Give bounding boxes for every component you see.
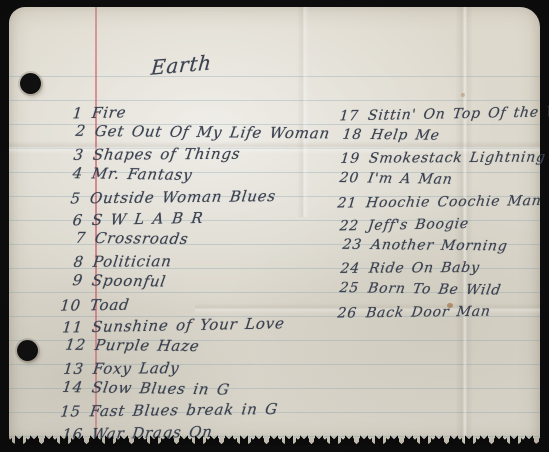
item-number: 4: [60, 164, 84, 182]
item-title: Crossroads: [94, 229, 190, 248]
item-number: 7: [63, 229, 87, 247]
punch-hole-bottom: [17, 340, 38, 361]
item-number: 12: [63, 336, 87, 354]
item-number: 2: [63, 122, 87, 140]
item-title: Hoochie Coochie Man: [365, 193, 543, 211]
page-title: Earth: [150, 50, 213, 80]
list-item: 21Hoochie Coochie Man: [335, 192, 549, 217]
list-item: 19Smokestack Lightning: [338, 149, 549, 173]
photo-background: Earth 1Fire2Get Out Of My Life Woman3Sha…: [0, 0, 549, 452]
item-title: Spoonful: [91, 272, 168, 291]
item-title: Shapes of Things: [92, 144, 242, 163]
item-title: Foxy Lady: [92, 359, 181, 378]
list-item: 7Crossroads: [64, 229, 330, 253]
item-title: Born To Be Wild: [367, 281, 503, 299]
list-item: 4Mr. Fantasy: [61, 164, 327, 190]
item-number: 14: [60, 378, 84, 396]
item-title: Outside Woman Blues: [89, 187, 277, 207]
item-title: Purple Haze: [94, 336, 201, 355]
item-number: 25: [336, 280, 360, 296]
item-title: Fast Blues break in G: [89, 400, 279, 420]
item-number: 5: [58, 189, 82, 207]
item-number: 20: [336, 170, 360, 186]
notebook-page: Earth 1Fire2Get Out Of My Life Woman3Sha…: [9, 7, 540, 444]
list-item: 26Back Door Man: [335, 302, 549, 327]
item-number: 15: [58, 403, 82, 421]
item-number: 13: [61, 359, 85, 377]
item-title: Smokestack Lightning: [368, 149, 547, 166]
setlist-right-column: 17Sittin' On Top Of the World18Help Me19…: [337, 106, 549, 326]
item-title: Mr. Fantasy: [91, 165, 194, 185]
item-number: 3: [61, 146, 85, 164]
list-item: 13Foxy Lady: [62, 358, 328, 381]
item-title: Another Morning: [370, 237, 509, 254]
item-number: 23: [339, 237, 363, 253]
list-item: 20I'm A Man: [337, 170, 549, 196]
item-title: Sittin' On Top Of the World: [367, 104, 549, 124]
item-number: 18: [339, 127, 363, 143]
item-number: 17: [336, 108, 359, 124]
item-number: 26: [334, 305, 357, 321]
item-number: 11: [60, 318, 84, 336]
item-number: 8: [61, 252, 85, 270]
item-title: I'm A Man: [367, 171, 454, 188]
item-title: Slow Blues in G: [91, 378, 232, 398]
item-title: Sunshine of Your Love: [91, 314, 286, 336]
item-number: 6: [60, 211, 84, 229]
item-number: 10: [58, 296, 82, 314]
list-item: 24Ride On Baby: [338, 259, 549, 283]
item-number: 24: [337, 261, 361, 277]
item-title: Help Me: [370, 127, 441, 144]
item-title: Ride On Baby: [368, 260, 481, 277]
item-title: Toad: [89, 295, 131, 314]
item-title: Jeff's Boogie: [367, 216, 470, 234]
item-number: 1: [60, 104, 84, 122]
item-title: Back Door Man: [365, 304, 492, 322]
item-title: Fire: [91, 103, 128, 122]
item-title: Get Out Of My Life Woman: [94, 122, 332, 142]
item-title: Politician: [92, 252, 173, 271]
setlist-left-column: 1Fire2Get Out Of My Life Woman3Shapes of…: [61, 102, 327, 444]
list-item: 12Purple Haze: [64, 336, 330, 360]
torn-bottom-edge: [8, 431, 541, 445]
list-item: 25Born To Be Wild: [337, 280, 549, 306]
item-number: 19: [337, 151, 361, 167]
rust-stain-small: [461, 93, 465, 97]
list-item: 2Get Out Of My Life Woman: [64, 122, 330, 146]
item-number: 9: [60, 271, 84, 289]
list-item: 23Another Morning: [340, 237, 549, 262]
punch-hole-top: [20, 73, 41, 94]
list-item: 18Help Me: [340, 127, 549, 152]
item-number: 21: [334, 195, 357, 211]
item-number: 22: [336, 218, 359, 234]
list-item: 8Politician: [62, 251, 328, 274]
item-title: S W L A B R: [91, 209, 205, 229]
list-item: 9Spoonful: [61, 271, 327, 297]
